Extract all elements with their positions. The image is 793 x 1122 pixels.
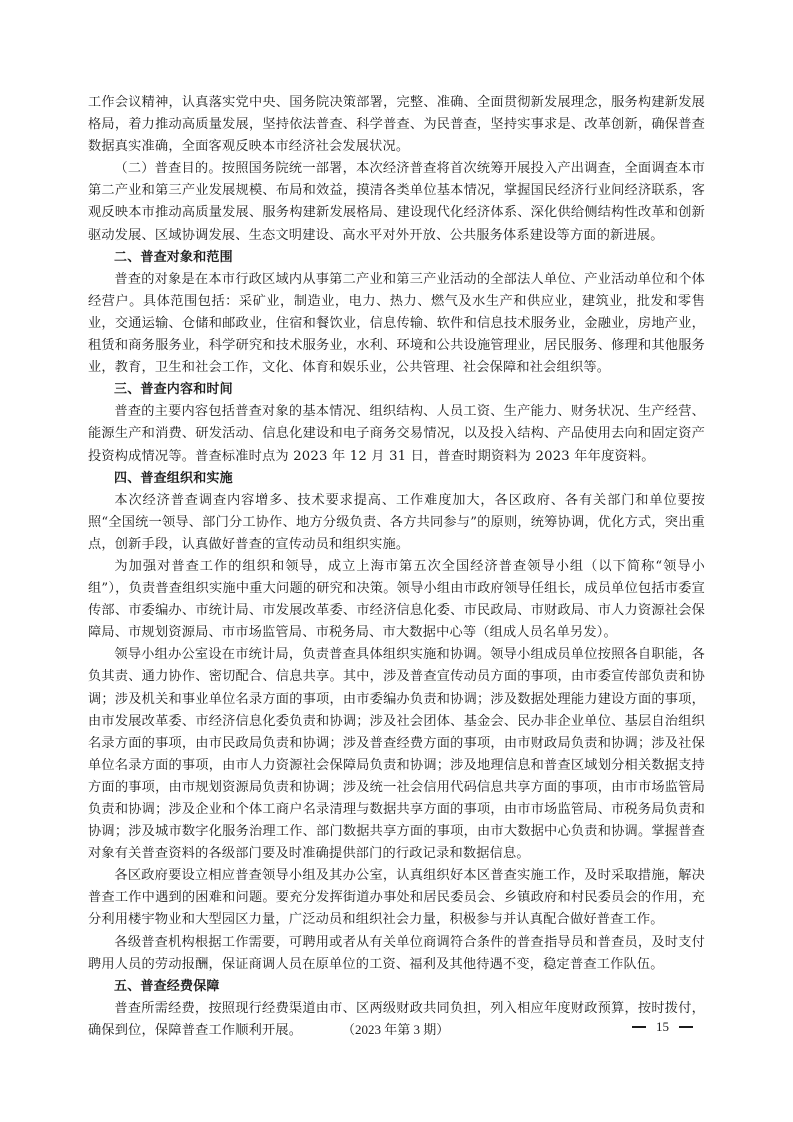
section-heading-content-time: 三、普查内容和时间 bbox=[88, 379, 705, 401]
section-heading-funding: 五、普查经费保障 bbox=[88, 976, 705, 998]
paragraph-scope: 普查的对象是在本市行政区域内从事第二产业和第三产业活动的全部法人单位、产业活动单… bbox=[88, 269, 705, 379]
dash-right-icon bbox=[679, 1026, 693, 1028]
section-heading-organization: 四、普查组织和实施 bbox=[88, 468, 705, 490]
page-footer: （2023 年第 3 期） 15 bbox=[0, 1019, 793, 1041]
page-number: 15 bbox=[656, 1019, 669, 1035]
paragraph-district-government: 各区政府要设立相应普查领导小组及其办公室，认真组织好本区普查实施工作，及时采取措… bbox=[88, 865, 705, 931]
paragraph-organization-principles: 本次经济普查调查内容增多、技术要求提高、工作难度加大，各区政府、各有关部门和单位… bbox=[88, 490, 705, 556]
dash-left-icon bbox=[632, 1026, 646, 1028]
document-body: 工作会议精神，认真落实党中央、国务院决策部署，完整、准确、全面贯彻新发展理念，服… bbox=[88, 92, 705, 1042]
paragraph-purpose: （二）普查目的。按照国务院统一部署，本次经济普查将首次统筹开展投入产出调查，全面… bbox=[88, 158, 705, 246]
paragraph-staffing: 各级普查机构根据工作需要，可聘用或者从有关单位商调符合条件的普查指导员和普查员，… bbox=[88, 932, 705, 976]
paragraph-continuation: 工作会议精神，认真落实党中央、国务院决策部署，完整、准确、全面贯彻新发展理念，服… bbox=[88, 92, 705, 158]
paragraph-content-time: 普查的主要内容包括普查对象的基本情况、组织结构、人员工资、生产能力、财务状况、生… bbox=[88, 401, 705, 467]
page-number-block: 15 bbox=[632, 1019, 693, 1035]
subsection-label: （二）普查目的。 bbox=[114, 161, 221, 176]
paragraph-leading-group: 为加强对普查工作的组织和领导，成立上海市第五次全国经济普查领导小组（以下简称“领… bbox=[88, 556, 705, 644]
paragraph-office-duties: 领导小组办公室设在市统计局，负责普查具体组织实施和协调。领导小组成员单位按照各自… bbox=[88, 644, 705, 865]
section-heading-scope: 二、普查对象和范围 bbox=[88, 247, 705, 269]
issue-label: （2023 年第 3 期） bbox=[342, 1019, 449, 1038]
